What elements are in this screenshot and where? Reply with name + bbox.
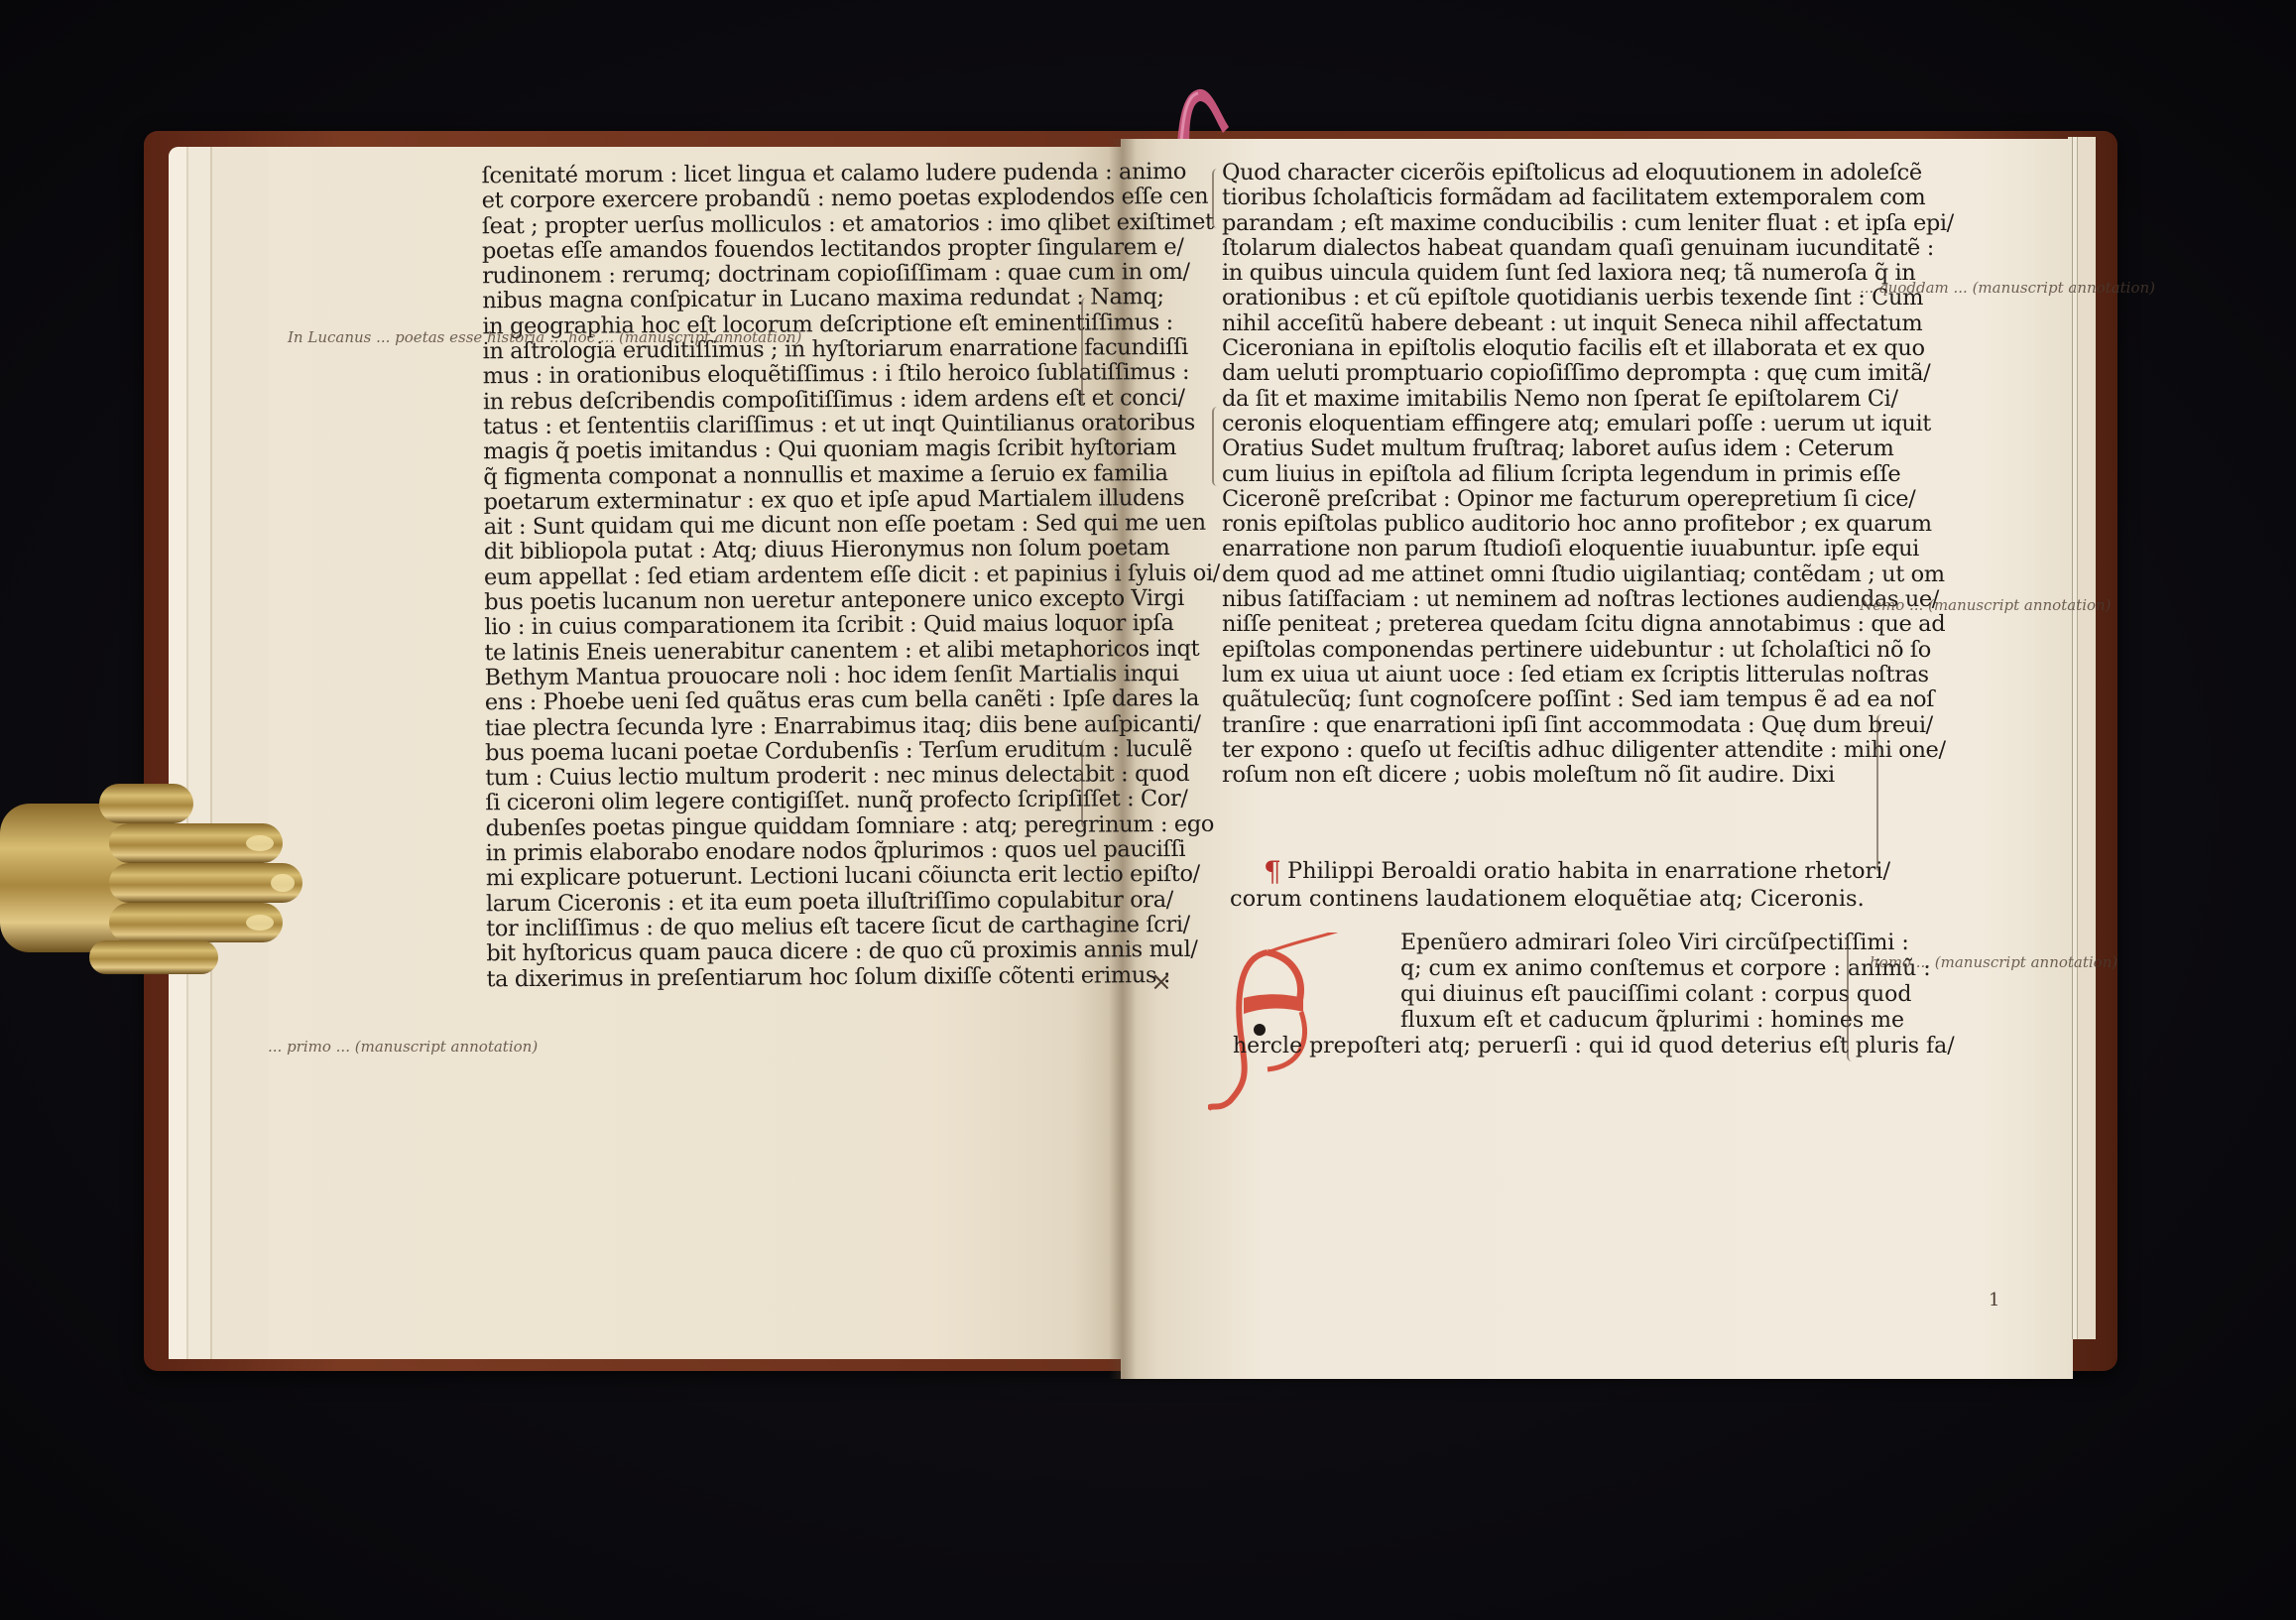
text-line: enarratione non parum ſtudioſi eloquenti…: [1222, 537, 1954, 561]
text-line: Ciceroniana in epiſtolis eloqutio facili…: [1222, 336, 1954, 361]
ink-bracket: [1847, 933, 1857, 1061]
text-line: dem quod ad me attinet omni ſtudio uigil…: [1222, 562, 1954, 587]
text-line: Quod character cicerõis epiſtolicus ad e…: [1222, 161, 1954, 186]
text-line: dam ueluti promptuario copioſiſſimo depr…: [1222, 361, 1954, 386]
ink-bracket: [1212, 407, 1222, 486]
right-page-text: Quod character cicerõis epiſtolicus ad e…: [1222, 161, 1954, 788]
red-paragraph-mark-icon: ¶: [1264, 855, 1281, 888]
text-line: roſum non eſt dicere ; uobis moleſtum nõ…: [1222, 763, 1954, 788]
text-line: nibus ſatiſfaciam : ut neminem ad noſtra…: [1222, 587, 1954, 612]
text-line: ta dixerimus in preſentiarum hoc ſolum d…: [486, 962, 1222, 992]
ink-bracket: [1876, 714, 1886, 873]
handwritten-marginal-note: ... quoddam ... (manuscript annotation): [1860, 278, 2155, 298]
ribbon-bookmark: [1167, 83, 1237, 145]
text-line: ceronis eloquentiam effingere atq; emula…: [1222, 412, 1954, 436]
text-line: da ſit et maxime imitabilis Nemo non ſpe…: [1222, 387, 1954, 412]
text-line: lum ex uiua ut aiunt uoce : ſed etiam ex…: [1222, 663, 1954, 687]
text-line: Oratius Sudet multum fruſtraq; laboret a…: [1222, 436, 1954, 461]
text-line: orationibus : et cũ epiſtole quotidianis…: [1222, 286, 1954, 311]
right-page-edges: [2068, 137, 2096, 1339]
page-mark: 1: [1989, 1290, 1999, 1310]
handwritten-marginal-note: homo ... (manuscript annotation): [1870, 952, 2117, 972]
oration-heading-line-2: corum continens laudationem eloquẽtiae a…: [1230, 885, 1865, 913]
ink-bracket: [1212, 169, 1222, 228]
text-line: nihil acceſitũ habere debeant : ut inqui…: [1222, 312, 1954, 336]
left-page-text: ſcenitaté morum : licet lingua et calamo…: [481, 160, 1222, 992]
ink-bracket: [1081, 739, 1091, 828]
text-line: quãtulecũq; ſunt cognoſcere poſſint : Se…: [1222, 687, 1954, 712]
text-line: tranſire : que enarrationi ipſi ſint acc…: [1222, 713, 1954, 738]
left-page-edges: [169, 147, 268, 1359]
brass-hand-weight: [0, 764, 307, 982]
handwritten-marginal-note: Nemo ... (manuscript annotation): [1860, 595, 2112, 615]
text-line: epiſtolas componendas pertinere uidebunt…: [1222, 638, 1954, 663]
text-line: ronis epiſtolas publico auditorio hoc an…: [1222, 512, 1954, 537]
ink-bracket: [1081, 298, 1091, 407]
text-line: ter expono : queſo ut feciſtis adhuc dil…: [1222, 738, 1954, 763]
oration-heading-line-1: Philippi Beroaldi oratio habita in enarr…: [1287, 857, 1890, 885]
text-line: tioribus ſcholaſticis formãdam ad facili…: [1222, 186, 1954, 210]
ink-cross-mark: ×: [1150, 967, 1172, 997]
text-line: in quibus uincula quidem ſunt ſed laxior…: [1222, 261, 1954, 286]
handwritten-marginal-note: In Lucanus ... poetas esse historia ... …: [288, 327, 801, 347]
text-line: ſtolarum dialectos habeat quandam quaſi …: [1222, 236, 1954, 261]
text-line: parandam ; eſt maxime conducibilis : cum…: [1222, 211, 1954, 236]
text-line: Ciceronẽ preſcribat : Opinor me facturum…: [1222, 487, 1954, 512]
handwritten-marginal-note: ... primo ... (manuscript annotation): [268, 1037, 538, 1057]
text-line: cum liuius in epiſtola ad filium ſcripta…: [1222, 462, 1954, 487]
text-line: niſſe peniteat ; preterea quedam ſcitu d…: [1222, 612, 1954, 637]
rubricated-initial-f: [1208, 933, 1367, 1111]
